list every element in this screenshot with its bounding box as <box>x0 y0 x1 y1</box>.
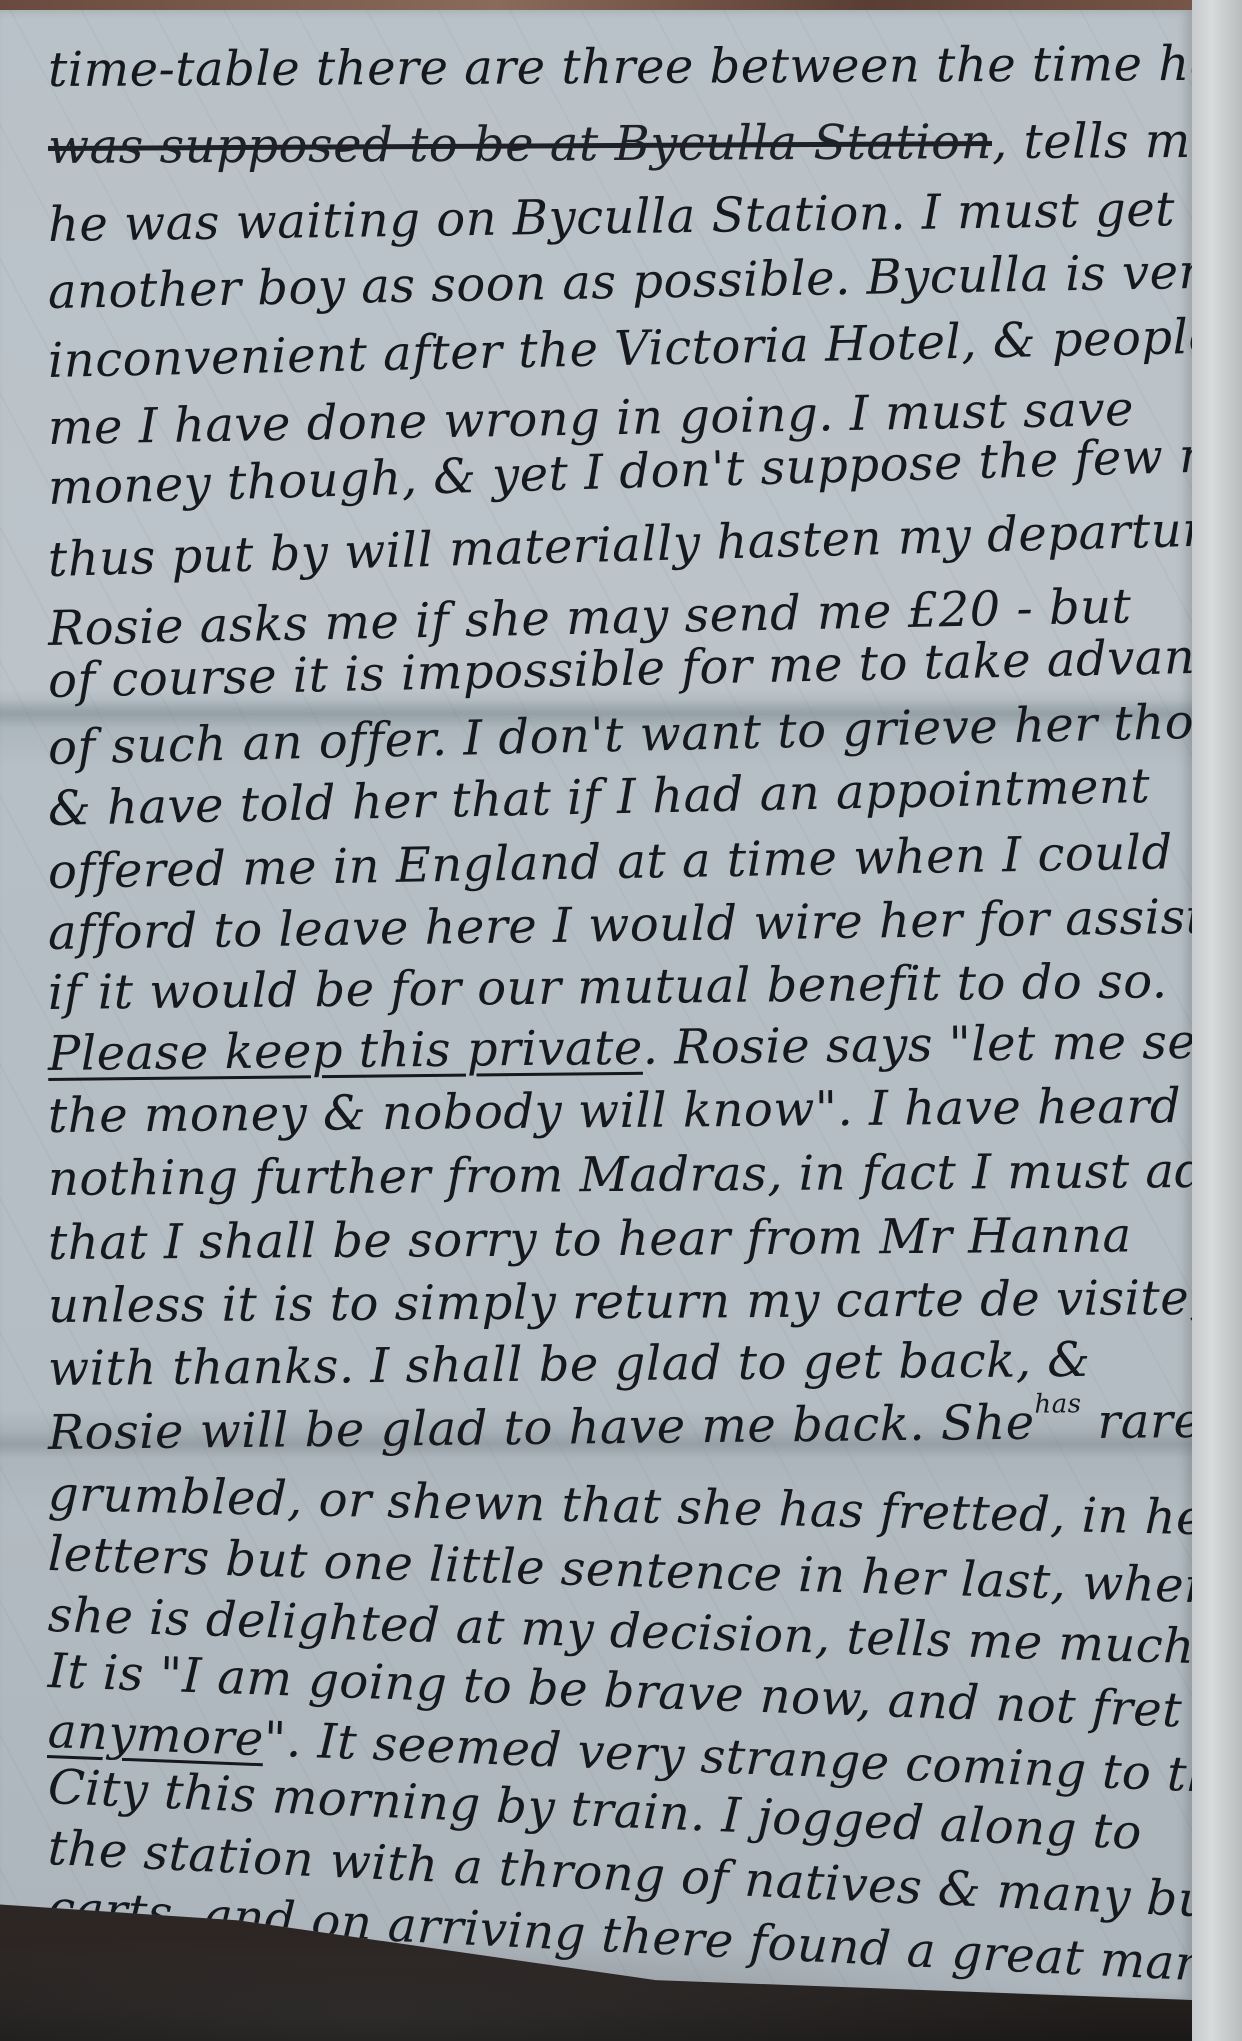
handwritten-line: another boy as soon as possible. Byculla… <box>48 243 1231 320</box>
line-text: the money & nobody will know". I have he… <box>48 1078 1182 1144</box>
letter-photograph: time-table there are three between the t… <box>0 0 1242 2041</box>
handwritten-line: the money & nobody will know". I have he… <box>48 1078 1182 1144</box>
line-text: he was waiting on Byculla Station. I mus… <box>48 181 1176 253</box>
underlined-text: Please keep this private <box>48 1020 643 1082</box>
handwritten-line: afford to leave here I would wire her fo… <box>48 887 1242 961</box>
handwritten-line: inconvenient after the Victoria Hotel, &… <box>47 307 1242 389</box>
handwritten-line: with thanks. I shall be glad to get back… <box>48 1332 1091 1397</box>
line-text: with thanks. I shall be glad to get back… <box>48 1332 1091 1397</box>
inserted-word: has <box>1034 1389 1081 1419</box>
underlined-text: anymore <box>47 1703 265 1767</box>
line-text: inconvenient after the Victoria Hotel, &… <box>47 307 1242 389</box>
line-text: that I shall be sorry to hear from Mr Ha… <box>48 1207 1132 1271</box>
handwritten-line: time-table there are three between the t… <box>48 36 1219 98</box>
line-text: Rosie will be glad to have me back. She <box>48 1395 1035 1461</box>
line-text: offered me in England at a time when I c… <box>48 823 1242 900</box>
adjacent-page-edge <box>1192 0 1242 2041</box>
handwritten-line: nothing further from Madras, in fact I m… <box>48 1142 1242 1207</box>
line-text: unless it is to simply return my carte d… <box>48 1270 1205 1334</box>
handwritten-line: he was waiting on Byculla Station. I mus… <box>48 181 1176 253</box>
struck-through-text: was supposed to be at Byculla Station <box>48 114 992 175</box>
handwritten-line: if it would be for our mutual benefit to… <box>48 953 1168 1021</box>
line-text: thus put by will materially hasten my de… <box>47 501 1242 588</box>
line-text: another boy as soon as possible. Byculla… <box>48 243 1231 320</box>
handwritten-line: was supposed to be at Byculla Station, t… <box>48 113 1220 175</box>
handwritten-line: offered me in England at a time when I c… <box>48 823 1242 900</box>
handwritten-line: Rosie will be glad to have me back. Sheh… <box>48 1392 1242 1461</box>
handwritten-line: that I shall be sorry to hear from Mr Ha… <box>48 1207 1132 1271</box>
line-text: time-table there are three between the t… <box>48 36 1219 98</box>
handwritten-line: unless it is to simply return my carte d… <box>48 1270 1205 1334</box>
line-text: afford to leave here I would wire her fo… <box>48 887 1242 961</box>
handwritten-line: Please keep this private. Rosie says "le… <box>48 1013 1242 1082</box>
letter-paper: time-table there are three between the t… <box>0 10 1192 2000</box>
line-text: , tells me <box>992 113 1220 170</box>
line-text: nothing further from Madras, in fact I m… <box>48 1142 1242 1207</box>
handwritten-line: thus put by will materially hasten my de… <box>47 501 1242 588</box>
line-text: if it would be for our mutual benefit to… <box>48 953 1168 1021</box>
line-text: . Rosie says "let me send <box>642 1013 1242 1075</box>
